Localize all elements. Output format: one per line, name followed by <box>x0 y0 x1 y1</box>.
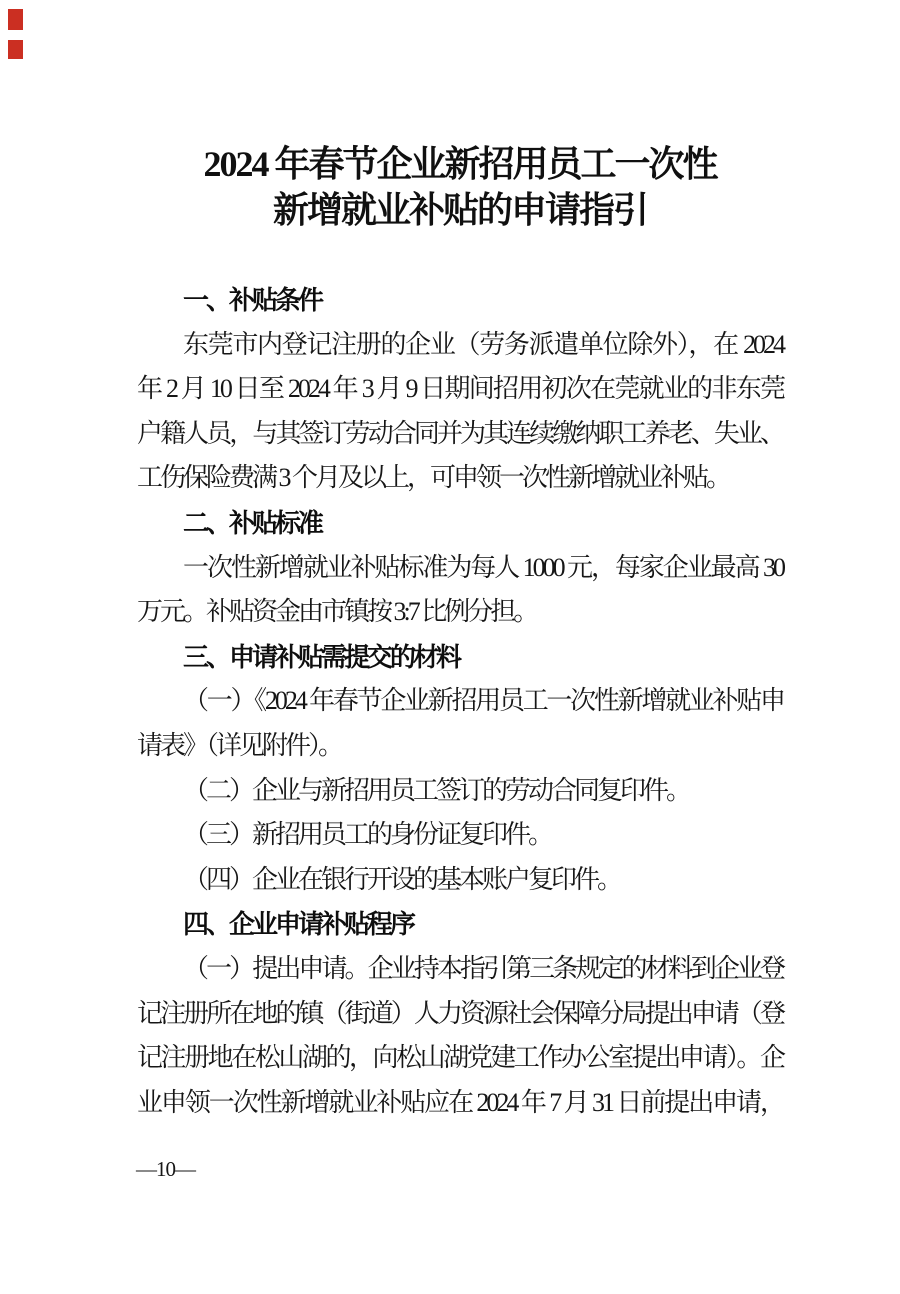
body-line: 户籍人员，与其签订劳动合同并为其连续缴纳职工养老、失业、 <box>137 412 783 457</box>
body-line: （一）提出申请。企业持本指引第三条规定的材料到企业登 <box>137 947 783 992</box>
body-line: 一次性新增就业补贴标准为每人 1000 元，每家企业最高 30 <box>137 546 783 591</box>
document-body: 一、补贴条件 东莞市内登记注册的企业（劳务派遣单位除外），在 2024 年 2 … <box>137 278 783 1125</box>
body-line: （四）企业在银行开设的基本账户复印件。 <box>137 858 783 903</box>
document-title-line-1: 2024 年春节企业新招用员工一次性 <box>117 141 803 187</box>
document-title-line-2: 新增就业补贴的申请指引 <box>117 187 803 233</box>
page-number: —10— <box>136 1155 195 1183</box>
red-mark-top <box>8 9 23 30</box>
body-line: 记注册所在地的镇（街道）人力资源社会保障分局提出申请（登 <box>137 992 783 1037</box>
section-heading-4: 四、企业申请补贴程序 <box>137 902 783 947</box>
body-line: 记注册地在松山湖的，向松山湖党建工作办公室提出申请）。企 <box>137 1036 783 1081</box>
body-line: 请表》（详见附件）。 <box>137 724 783 769</box>
section-heading-1: 一、补贴条件 <box>137 278 783 323</box>
body-line: 年 2 月 10 日至 2024 年 3 月 9 日期间招用初次在莞就业的非东莞 <box>137 367 783 412</box>
body-line: 业申领一次性新增就业补贴应在 2024 年 7 月 31 日前提出申请， <box>137 1081 783 1126</box>
body-line: （二）企业与新招用员工签订的劳动合同复印件。 <box>137 769 783 814</box>
body-line: 东莞市内登记注册的企业（劳务派遣单位除外），在 2024 <box>137 323 783 368</box>
section-heading-2: 二、补贴标准 <box>137 501 783 546</box>
body-line: 万元。补贴资金由市镇按 3:7 比例分担。 <box>137 590 783 635</box>
section-heading-3: 三、申请补贴需提交的材料 <box>137 635 783 680</box>
body-line: （三）新招用员工的身份证复印件。 <box>137 813 783 858</box>
body-line: 工伤保险费满 3 个月及以上，可申领一次性新增就业补贴。 <box>137 456 783 501</box>
body-line: （一）《2024 年春节企业新招用员工一次性新增就业补贴申 <box>137 679 783 724</box>
red-mark-bottom <box>8 40 23 59</box>
document-title: 2024 年春节企业新招用员工一次性 新增就业补贴的申请指引 <box>117 141 803 233</box>
document-page: 2024 年春节企业新招用员工一次性 新增就业补贴的申请指引 一、补贴条件 东莞… <box>0 0 900 1294</box>
